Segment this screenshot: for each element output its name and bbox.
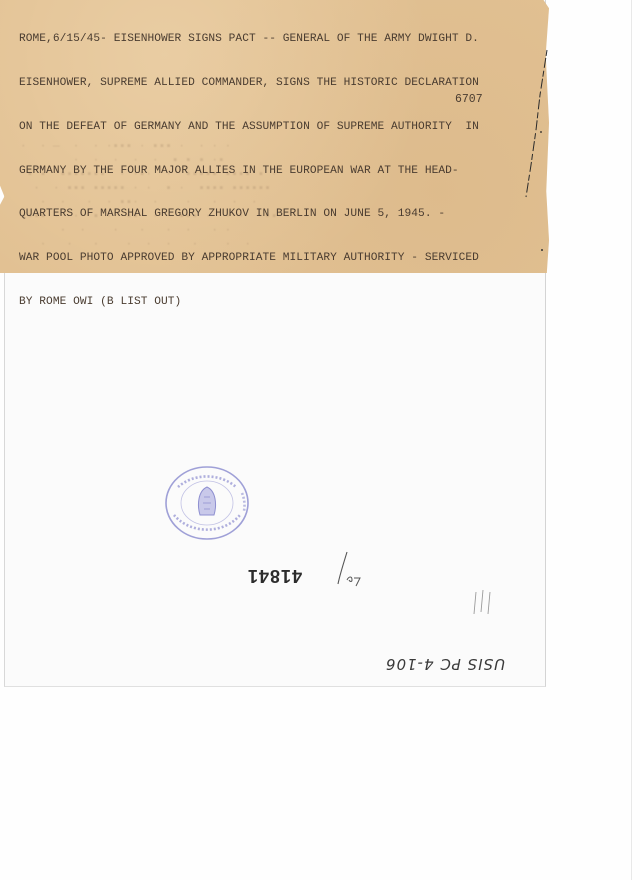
caption-line: WAR POOL PHOTO APPROVED BY APPROPRIATE M… — [19, 251, 549, 266]
caption-line: BY ROME OWI (B LIST OUT) — [19, 295, 549, 310]
handwritten-mark — [330, 548, 370, 588]
caption-line: ON THE DEFEAT OF GERMANY AND THE ASSUMPT… — [19, 120, 549, 135]
archive-stamp — [164, 465, 250, 541]
caption-line: ROME,6/15/45- EISENHOWER SIGNS PACT -- G… — [19, 32, 549, 47]
caption-line: QUARTERS OF MARSHAL GREGORY ZHUKOV IN BE… — [19, 207, 549, 222]
caption-text: ROME,6/15/45- EISENHOWER SIGNS PACT -- G… — [19, 3, 549, 324]
caption-line: GERMANY BY THE FOUR MAJOR ALLIES IN THE … — [19, 164, 549, 179]
tick-marks — [468, 588, 498, 618]
scan-edge — [631, 0, 632, 880]
caption-reference-number: 6707 — [455, 93, 483, 106]
usis-note: USIS PC 4-106 — [385, 655, 505, 673]
archive-number: 41841 — [247, 565, 302, 586]
caption-line: EISENHOWER, SUPREME ALLIED COMMANDER, SI… — [19, 76, 549, 91]
